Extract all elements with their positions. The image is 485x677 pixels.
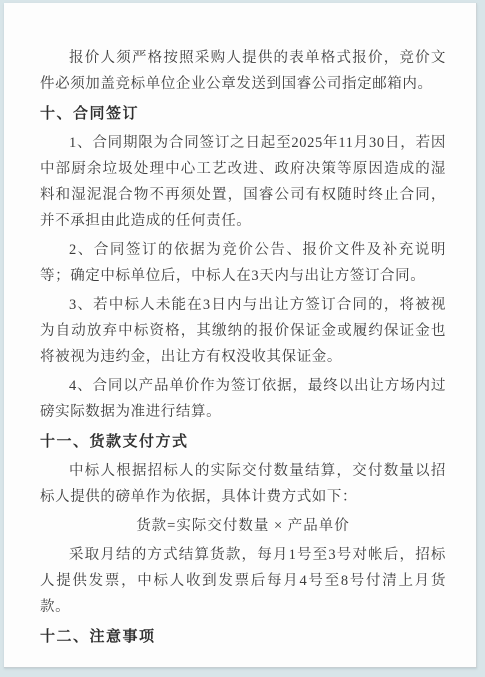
section-heading: 十、合同签订 (40, 101, 446, 127)
paragraph: 3、若中标人未能在3日内与出让方签订合同的，将被视为自动放弃中标资格，其缴纳的报… (40, 292, 446, 370)
section-heading: 十二、注意事项 (40, 624, 446, 650)
paragraph: 中标人根据招标人的实际交付数量结算，交付数量以招标人提供的磅单作为依据，具体计费… (40, 458, 446, 510)
scanned-document-viewport: { "page": { "colors": { "background": "#… (0, 0, 485, 677)
document-page: 报价人须严格按照采购人提供的表单格式报价，竞价文件必须加盖竞标单位企业公章发送到… (4, 3, 477, 668)
formula-line: 货款=实际交付数量 × 产品单价 (40, 513, 446, 539)
paragraph: 4、合同以产品单价作为签订依据，最终以出让方场内过磅实际数据为准进行结算。 (40, 373, 446, 425)
paragraph: 采取月结的方式结算货款，每月1号至3号对帐后，招标人提供发票，中标人收到发票后每… (40, 542, 446, 620)
document-body: 报价人须严格按照采购人提供的表单格式报价，竞价文件必须加盖竞标单位企业公章发送到… (40, 45, 446, 653)
paragraph: 1、合同期限为合同签订之日起至2025年11月30日，若因中部厨余垃圾处理中心工… (40, 130, 446, 234)
paragraph: 2、合同签订的依据为竞价公告、报价文件及补充说明等；确定中标单位后，中标人在3天… (40, 237, 446, 289)
paragraph: 报价人须严格按照采购人提供的表单格式报价，竞价文件必须加盖竞标单位企业公章发送到… (40, 45, 446, 97)
section-heading: 十一、货款支付方式 (40, 429, 446, 455)
